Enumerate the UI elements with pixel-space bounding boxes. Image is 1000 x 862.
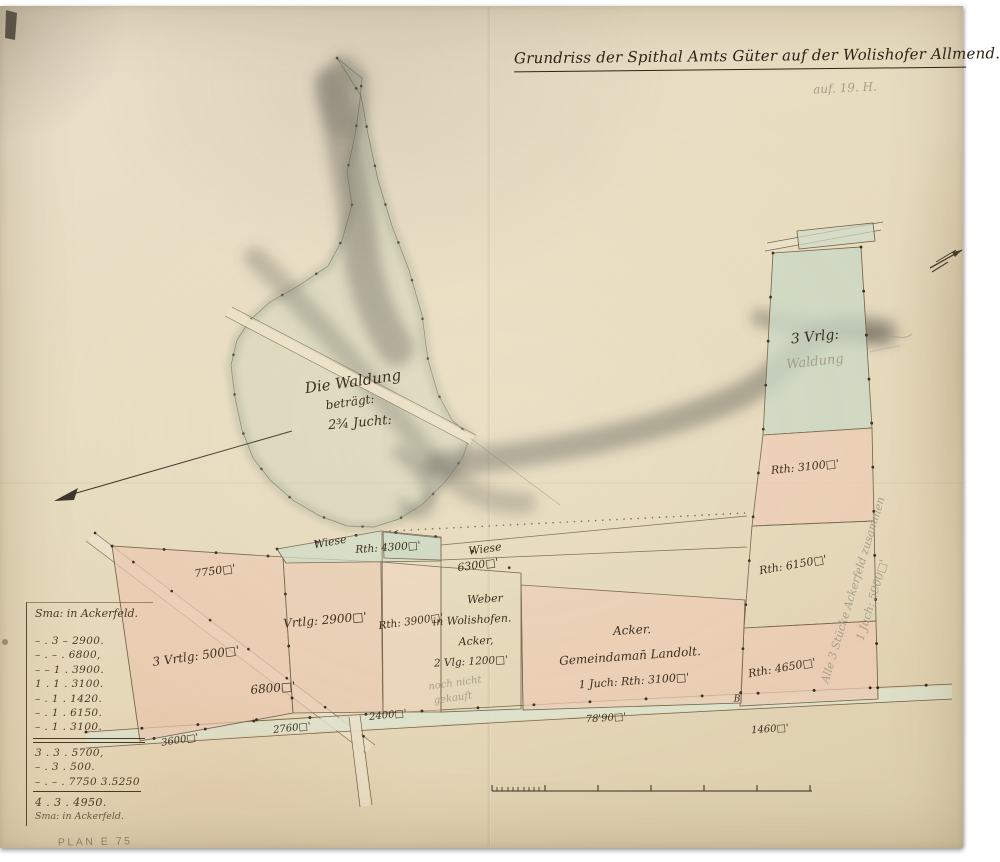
parcel-center-pink (283, 557, 383, 713)
legend-row: 1 . 1 . 3100. (35, 677, 153, 691)
parcel-top-strip (797, 223, 875, 249)
label-acker: Acker. (613, 623, 652, 637)
legend-row: – . – . 6800, (35, 648, 153, 662)
map-title: Grundriss der Spithal Amts Güter auf der… (514, 45, 966, 73)
legend-group-1: – . 3 – 2900.– . – . 6800,– – 1 . 3900.1… (35, 634, 153, 735)
legend-double-rule (33, 738, 145, 743)
title-pencil-note: auf. 19. H. (813, 80, 877, 95)
area-summary-table: Sma: in Ackerfeld. – . 3 – 2900.– . – . … (26, 602, 153, 826)
legend-row: – – 1 . 3900. (35, 663, 153, 677)
legend-row: – . 1 . 3100. (35, 720, 153, 734)
label-weber: Weber (467, 593, 503, 606)
legend-row: – . 1 . 1420. (35, 692, 153, 706)
label-weber-acker: Acker, (458, 635, 493, 648)
pen-sketch-icon (930, 250, 962, 272)
legend-group-2: 3 . 3 . 5700,– . 3 . 500.– . – . 7750 3.… (35, 746, 153, 789)
legend-total: 4 . 3 . 4950. (35, 795, 153, 810)
legend-row: 3 . 3 . 5700, (35, 746, 153, 760)
archive-stamp: PLAN E 75 (58, 835, 133, 848)
scanned-map: Grundriss der Spithal Amts Güter auf der… (0, 0, 1000, 862)
label-6800: 6800□' (250, 680, 296, 696)
legend-row: – . 1 . 6150. (35, 706, 153, 720)
legend-row: – . – . 7750 3.5250 (35, 775, 153, 789)
legend-rule (33, 791, 141, 792)
parcel-rth-3100 (752, 428, 874, 526)
legend-footer: Sma: in Ackerfeld. (35, 811, 153, 822)
legend-row: – . 3 . 500. (35, 760, 153, 774)
legend-row: – . 3 – 2900. (35, 634, 153, 648)
legend-header: Sma: in Ackerfeld. (35, 607, 153, 620)
parcel-landolt (521, 585, 745, 710)
scale-bar (492, 785, 812, 791)
label-point-b: B (734, 696, 741, 705)
edge-marks (2, 10, 17, 645)
